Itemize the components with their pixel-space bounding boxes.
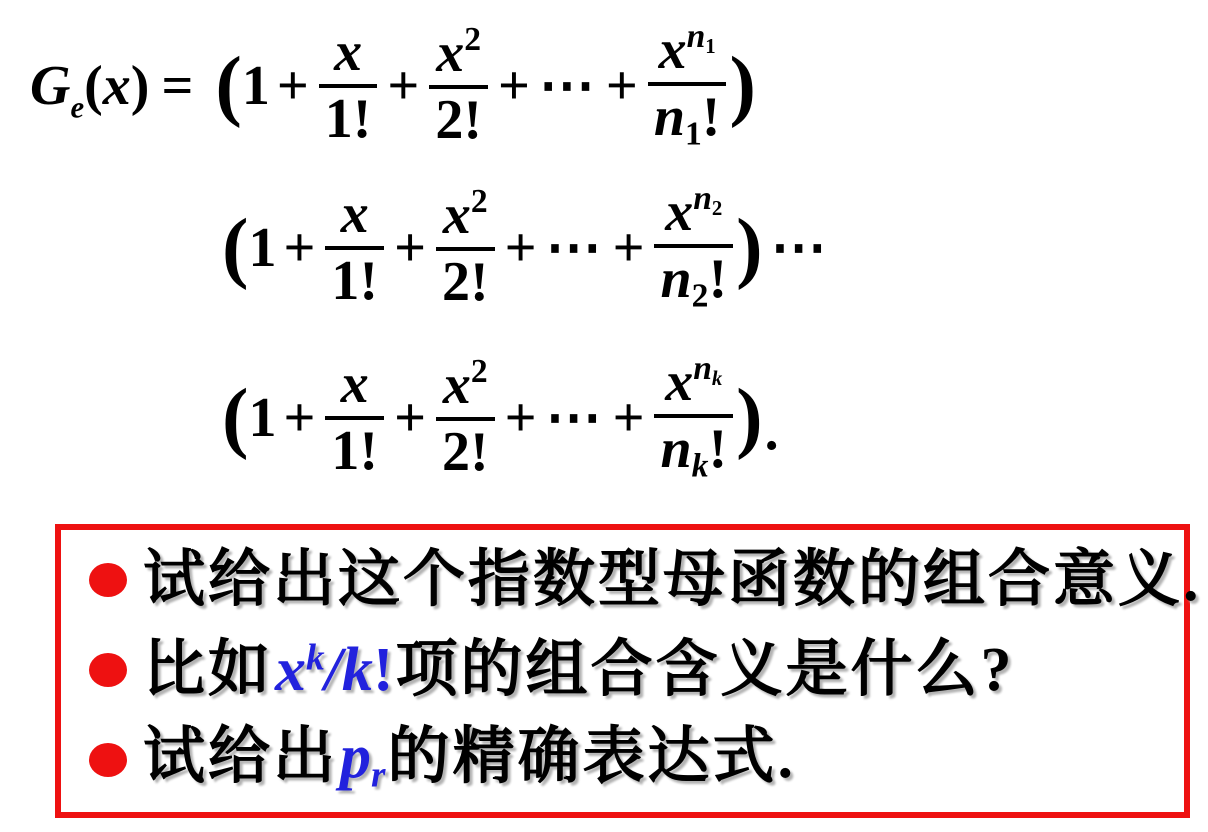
inline-math-p-sub-r: pr [340,723,385,791]
plus-operator: + [277,54,309,118]
bullet-icon [89,653,127,687]
text-after-math: 项的组合含义是什么? [396,636,1015,704]
denominator-2fact: 2! [436,424,495,481]
text-before-math: 试给出 [143,723,338,791]
plus-operator: + [606,54,638,118]
numerator-x: x [443,354,471,416]
numerator-x: x [665,181,693,243]
numerator-x: x [341,353,369,415]
denominator-n2fact: n2! [654,251,733,314]
plus-operator: + [394,386,426,450]
question-text-3: 试给出pr的精确表达式. [143,726,796,794]
cdots: ⋯ [539,53,597,118]
open-paren: ( [215,46,241,126]
var-x: x [103,54,131,118]
factorial-bang: ! [373,636,394,704]
term-one: 1 [248,386,276,450]
close-paren: ) [729,46,755,126]
func-G: G [30,54,70,118]
lparen: ( [84,54,103,118]
text-after-math: 的精确表达式. [388,723,797,791]
close-paren: ) [736,378,762,458]
formula-line-3: ( 1 + x 1! + x2 2! + ⋯ + xnk nk! ) . [222,352,779,484]
term-one: 1 [248,216,276,280]
open-paren: ( [222,208,248,288]
denominator-2fact: 2! [436,254,495,311]
exponent-k: k [306,638,325,679]
fraction-x-over-1fact: x 1! [325,356,384,480]
fraction-x2-over-2fact: x2 2! [429,23,488,149]
plus-operator: + [613,386,645,450]
open-paren: ( [222,378,248,458]
denominator-2fact: 2! [429,92,488,149]
subscript-r: r [371,755,385,796]
numerator-x: x [341,183,369,245]
question-box: 试给出这个指数型母函数的组合意义. 比如xk/k!项的组合含义是什么? 试给出p… [55,524,1190,818]
fraction-x2-over-2fact: x2 2! [436,185,495,311]
continuation-dots: ⋯ [771,215,829,280]
plus-operator: + [387,54,419,118]
plus-operator: + [613,216,645,280]
fraction-xn2-over-n2fact: xn2 n2! [654,182,733,314]
cdots: ⋯ [546,385,604,450]
exponent-2: 2 [471,183,488,220]
bullet-icon [89,743,127,777]
slash: / [325,636,342,704]
exponent-nk: nk [693,350,722,387]
exponent-n1: n1 [687,18,716,55]
exponent-2: 2 [464,21,481,58]
denominator-nkfact: nk! [654,421,733,484]
question-text-1: 试给出这个指数型母函数的组合意义. [143,549,1202,611]
numerator-x: x [665,351,693,413]
plus-operator: + [505,386,537,450]
fraction-xn1-over-n1fact: xn1 n1! [648,20,727,152]
slide: { "colors": { "box_border": "#ee1111", "… [0,0,1208,832]
function-name-Ge-of-x: Ge(x)= [30,54,205,118]
inline-math-xk-over-kfact: xk/k! [275,636,393,704]
text-before-math: 比如 [143,636,273,704]
denominator-1fact: 1! [325,423,384,480]
fraction-xnk-over-nkfact: xnk nk! [654,352,733,484]
fraction-x-over-1fact: x 1! [319,24,378,148]
question-item-2: 比如xk/k!项的组合含义是什么? [61,625,1184,715]
question-item-1: 试给出这个指数型母函数的组合意义. [61,535,1184,625]
exponent-n2: n2 [693,180,722,217]
final-period: . [765,399,779,463]
numerator-x: x [443,184,471,246]
close-paren: ) [736,208,762,288]
plus-operator: + [394,216,426,280]
cdots: ⋯ [546,215,604,280]
numerator-x: x [436,22,464,84]
question-item-3: 试给出pr的精确表达式. [61,715,1184,805]
plus-operator: + [283,386,315,450]
question-text-2: 比如xk/k!项的组合含义是什么? [143,639,1015,701]
exponent-2: 2 [471,353,488,390]
formula-line-1: Ge(x)= ( 1 + x 1! + x2 2! + ⋯ + xn1 n1! … [30,20,756,152]
term-one: 1 [242,54,270,118]
denominator-n1fact: n1! [648,89,727,152]
bullet-icon [89,563,127,597]
fraction-x-over-1fact: x 1! [325,186,384,310]
denominator-1fact: 1! [325,253,384,310]
plus-operator: + [283,216,315,280]
fraction-x2-over-2fact: x2 2! [436,355,495,481]
func-subscript-e: e [70,90,84,125]
equals-sign: = [161,54,193,118]
formula-line-2: ( 1 + x 1! + x2 2! + ⋯ + xn2 n2! ) ⋯ [222,182,829,314]
rparen: ) [131,54,150,118]
numerator-x: x [659,19,687,81]
denominator-1fact: 1! [319,91,378,148]
plus-operator: + [505,216,537,280]
plus-operator: + [498,54,530,118]
numerator-x: x [334,21,362,83]
